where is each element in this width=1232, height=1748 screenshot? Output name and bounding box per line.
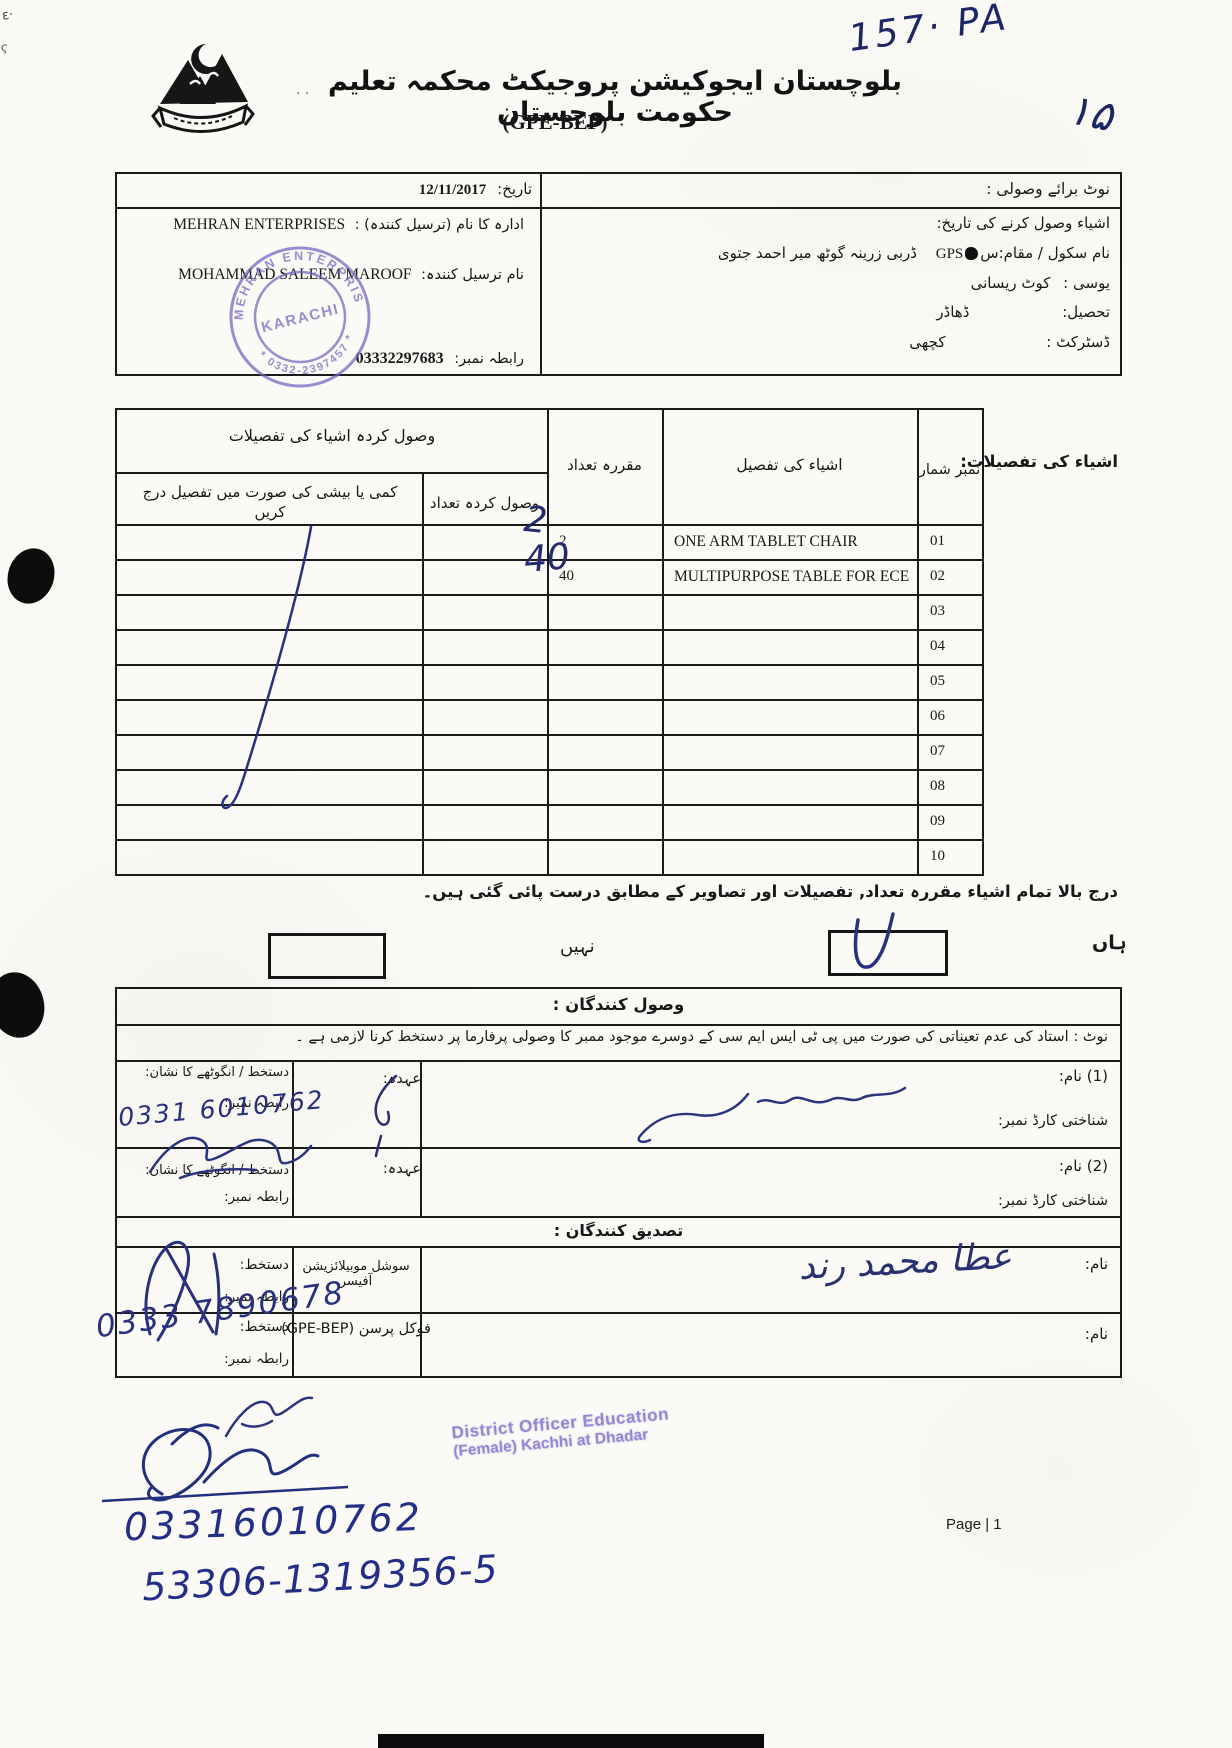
recv-line-4 (117, 1216, 1120, 1218)
footer-urdu-scribble (226, 1398, 312, 1436)
recv-line-3 (117, 1147, 1120, 1149)
district-label: ڈسٹرکٹ : (1046, 333, 1110, 351)
info-table-header-line (117, 207, 1120, 209)
district-line: ڈسٹرکٹ : کچھی (909, 333, 1110, 351)
district-officer-stamp: District Officer Education (Female) Kach… (451, 1401, 713, 1462)
items-table: وصول کردہ اشیاء کی تفصیلات کمی یا بیشی ک… (115, 408, 984, 876)
recv-vline-2b (420, 1246, 422, 1376)
sender-contact-label: رابطہ نمبر: (454, 351, 524, 367)
header-diff-detail: کمی یا بیشی کی صورت میں تفصیل درج کریں (135, 482, 405, 522)
school-gps-text: GPS (936, 246, 964, 262)
uc-line: یوسی : کوٹ ریسانی (971, 274, 1110, 292)
table-row: 07 (117, 734, 982, 771)
receivers-title: وصول کنندگان : (117, 995, 1120, 1014)
recv-line-2 (117, 1060, 1120, 1062)
row-item: MULTIPURPOSE TABLE FOR ECE (674, 568, 909, 586)
items-subheader-line (117, 472, 547, 474)
district-value: کچھی (909, 333, 945, 351)
school-label: نام سکول / مقام:س (980, 244, 1110, 262)
row-serial: 06 (930, 708, 945, 725)
org-label: ادارہ کا نام (ترسیل کنندہ) : (355, 217, 524, 233)
header-item-detail: اشیاء کی تفصیل (662, 456, 917, 474)
ink-blob-artifact (0, 542, 61, 609)
sender-label: نام ترسیل کنندہ: (421, 267, 524, 283)
recv-line-1 (117, 1024, 1120, 1026)
row-serial: 01 (930, 533, 945, 550)
handwritten-qty-row1: 2 (522, 499, 549, 542)
scan-mark-artifact: ς (0, 40, 9, 55)
row-serial: 04 (930, 638, 945, 655)
school-line: نام سکول / مقام:سGPS ڈربی زرینہ گوٹھ میر… (718, 244, 1110, 263)
scan-mark-artifact: ε· (1, 7, 15, 24)
yes-label: ہاں (1092, 932, 1126, 954)
table-row: 04 (117, 629, 982, 666)
confirmation-text: درج بالا تمام اشیاء مقررہ تعداد, تفصیلات… (380, 882, 1118, 901)
header-received-group: وصول کردہ اشیاء کی تفصیلات (117, 426, 547, 445)
receiver2-name-label: (2) نام: (1059, 1157, 1108, 1175)
header-serial: نمبر شمار (917, 462, 982, 478)
ink-blob-artifact (0, 966, 51, 1043)
form-subtitle: (GPE-BEP) (430, 110, 680, 135)
date-value: 12/11/2017 (419, 182, 487, 198)
row-item: ONE ARM TABLET CHAIR (674, 533, 858, 551)
header-fixed-qty: مقررہ تعداد (547, 456, 662, 474)
no-label: نہیں (560, 936, 595, 957)
receive-date-label: اشیاء وصول کرنے کی تاریخ: (936, 214, 1110, 232)
scan-dots-artifact: · · (296, 86, 309, 102)
receiver2-designation-label: عہدہ: (295, 1161, 421, 1177)
table-row: 06 (117, 699, 982, 736)
row-serial: 08 (930, 778, 945, 795)
supplier-stamp-center: KARACHI (260, 301, 341, 337)
row-serial: 05 (930, 673, 945, 690)
tehsil-value: ڈھاڈر (936, 303, 969, 321)
handwritten-top-code: 157· PA (846, 0, 1011, 60)
handwritten-top-number: ١۵ (1063, 84, 1117, 141)
receipt-note-label: نوٹ برائے وصولی : (986, 180, 1110, 198)
receiver1-cnic-label: شناختی کارڈ نمبر: (998, 1113, 1108, 1129)
recv-vline-1a (292, 1060, 294, 1216)
bep-logo-graphic (150, 42, 256, 144)
receiver2-cnic-label: شناختی کارڈ نمبر: (998, 1193, 1108, 1209)
date-line: تاریخ: 12/11/2017 (117, 180, 532, 199)
org-line: ادارہ کا نام (ترسیل کنندہ) : MEHRAN ENTE… (117, 216, 524, 234)
bep-logo (150, 42, 256, 144)
handwritten-qty-row2: 40 (522, 536, 571, 581)
verifierA-sign-label: دستخط: (177, 1257, 289, 1273)
table-row: 03 (117, 594, 982, 631)
table-row: 05 (117, 664, 982, 701)
uc-label: یوسی : (1063, 274, 1110, 292)
table-row: 08 (117, 769, 982, 806)
receivers-note: نوٹ : استاد کی عدم تعیناتی کی صورت میں پ… (128, 1029, 1108, 1045)
receiver1-sign-label: دستخط / انگوٹھے کا نشان: (119, 1065, 289, 1080)
gps-ink-blob (965, 247, 978, 260)
row-serial: 10 (930, 848, 945, 865)
footer-signature (143, 1425, 318, 1500)
row-serial: 02 (930, 568, 945, 585)
no-checkbox (268, 933, 386, 979)
receiver2-contact-label: رابطہ نمبر: (147, 1189, 289, 1205)
verifierA-name-label: نام: (1085, 1255, 1108, 1273)
verifierB-designation: فوکل پرسن (GPE-BEP) (277, 1321, 435, 1337)
row-serial: 03 (930, 603, 945, 620)
org-value: MEHRAN ENTERPRISES (173, 216, 345, 233)
scan-black-bar (378, 1734, 764, 1748)
tehsil-line: تحصیل: ڈھاڈر (936, 303, 1110, 321)
scanned-form-page: بلوچستان ایجوکیشن پروجیکٹ محکمہ تعلیم حک… (0, 0, 1232, 1748)
receiver1-name-label: (1) نام: (1059, 1067, 1108, 1085)
table-row: 09 (117, 804, 982, 841)
handwritten-phone: 03316010762 (123, 1495, 423, 1549)
date-label: تاریخ: (497, 180, 532, 198)
school-value: ڈربی زرینہ گوٹھ میر احمد جتوی (718, 244, 917, 262)
receiver1-designation-label: عہدہ: (295, 1071, 421, 1087)
tehsil-label: تحصیل: (1062, 303, 1110, 321)
page-number: Page | 1 (946, 1516, 1002, 1533)
info-table-divider (540, 174, 542, 374)
table-row: 10 (117, 839, 982, 876)
verifierB-name-label: نام: (1085, 1325, 1108, 1343)
receiver2-sign-label: دستخط / انگوٹھے کا نشان: (119, 1163, 289, 1178)
uc-value: کوٹ ریسانی (971, 274, 1051, 292)
verifierB-contact-label: رابطہ نمبر: (157, 1351, 289, 1367)
row-serial: 09 (930, 813, 945, 830)
handwritten-cnic: 53306-1319356-5 (141, 1547, 500, 1610)
yes-checkbox (828, 930, 948, 976)
row-serial: 07 (930, 743, 945, 760)
